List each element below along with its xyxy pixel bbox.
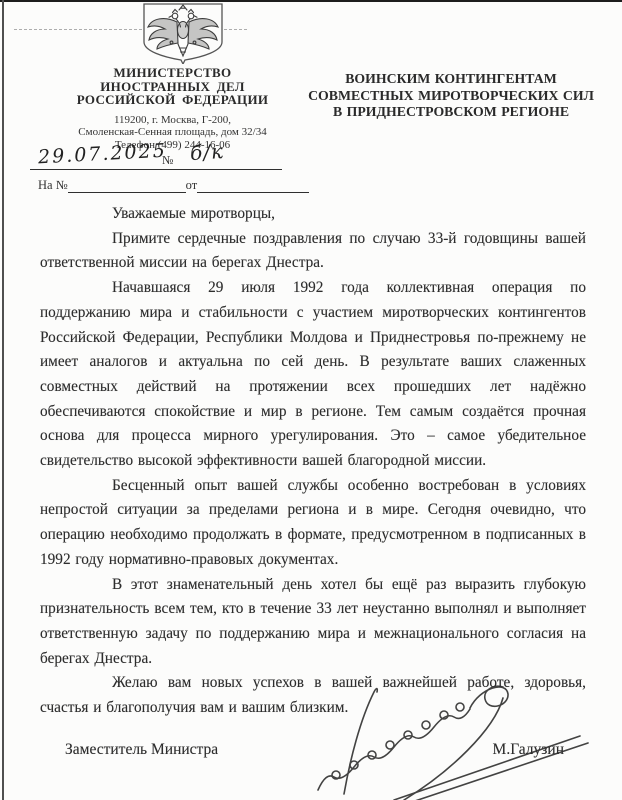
handwritten-number: б/к [189,139,224,165]
paragraph-2: Начавшаяся 29 июля 1992 года коллективна… [40,276,586,474]
addressee-line3: В ПРИДНЕСТРОВСКОМ РЕГИОНЕ [305,104,597,121]
ministry-name-line1: МИНИСТЕРСТВО [40,66,305,80]
ministry-name-line3: РОССИЙСКОЙ ФЕДЕРАЦИИ [40,93,305,107]
scan-edge-top [0,0,622,2]
scan-edge-left [2,0,4,800]
addressee-line2: СОВМЕСТНЫХ МИРОТВОРЧЕСКИХ СИЛ [305,88,597,105]
salutation: Уважаемые миротворцы, [40,202,586,227]
paragraph-1: Примите сердечные поздравления по случаю… [40,227,586,276]
ministry-address-line2: Смоленская-Сенная площадь, дом 32/34 [40,126,305,139]
date-number-line: 29.07.2025 № б/к [30,146,282,170]
signer-title: Заместитель Министра [40,741,218,759]
ministry-letterhead: МИНИСТЕРСТВО ИНОСТРАННЫХ ДЕЛ РОССИЙСКОЙ … [40,66,305,151]
ministry-address-line1: 119200, г. Москва, Г-200, [40,114,305,127]
letter-body: Уважаемые миротворцы, Примите сердечные … [40,202,586,721]
reference-na-label: На № [38,178,68,192]
handwritten-signature-icon [298,672,598,800]
ministry-name-line2: ИНОСТРАННЫХ ДЕЛ [40,80,305,94]
addressee-line1: ВОИНСКИМ КОНТИНГЕНТАМ [305,71,597,88]
reference-date-blank [197,179,309,193]
russia-coat-of-arms-icon [139,2,227,64]
number-sign: № [162,153,173,168]
paragraph-4: В этот знаменательный день хотел бы ещё … [40,573,586,672]
scanned-letter-page: МИНИСТЕРСТВО ИНОСТРАННЫХ ДЕЛ РОССИЙСКОЙ … [0,0,622,800]
reference-ot-label: от [186,178,198,192]
reference-number-blank [68,179,186,193]
paragraph-3: Бесценный опыт вашей службы особенно вос… [40,474,586,573]
reference-line: На №от [38,178,309,193]
addressee-block: ВОИНСКИМ КОНТИНГЕНТАМ СОВМЕСТНЫХ МИРОТВО… [305,71,597,121]
